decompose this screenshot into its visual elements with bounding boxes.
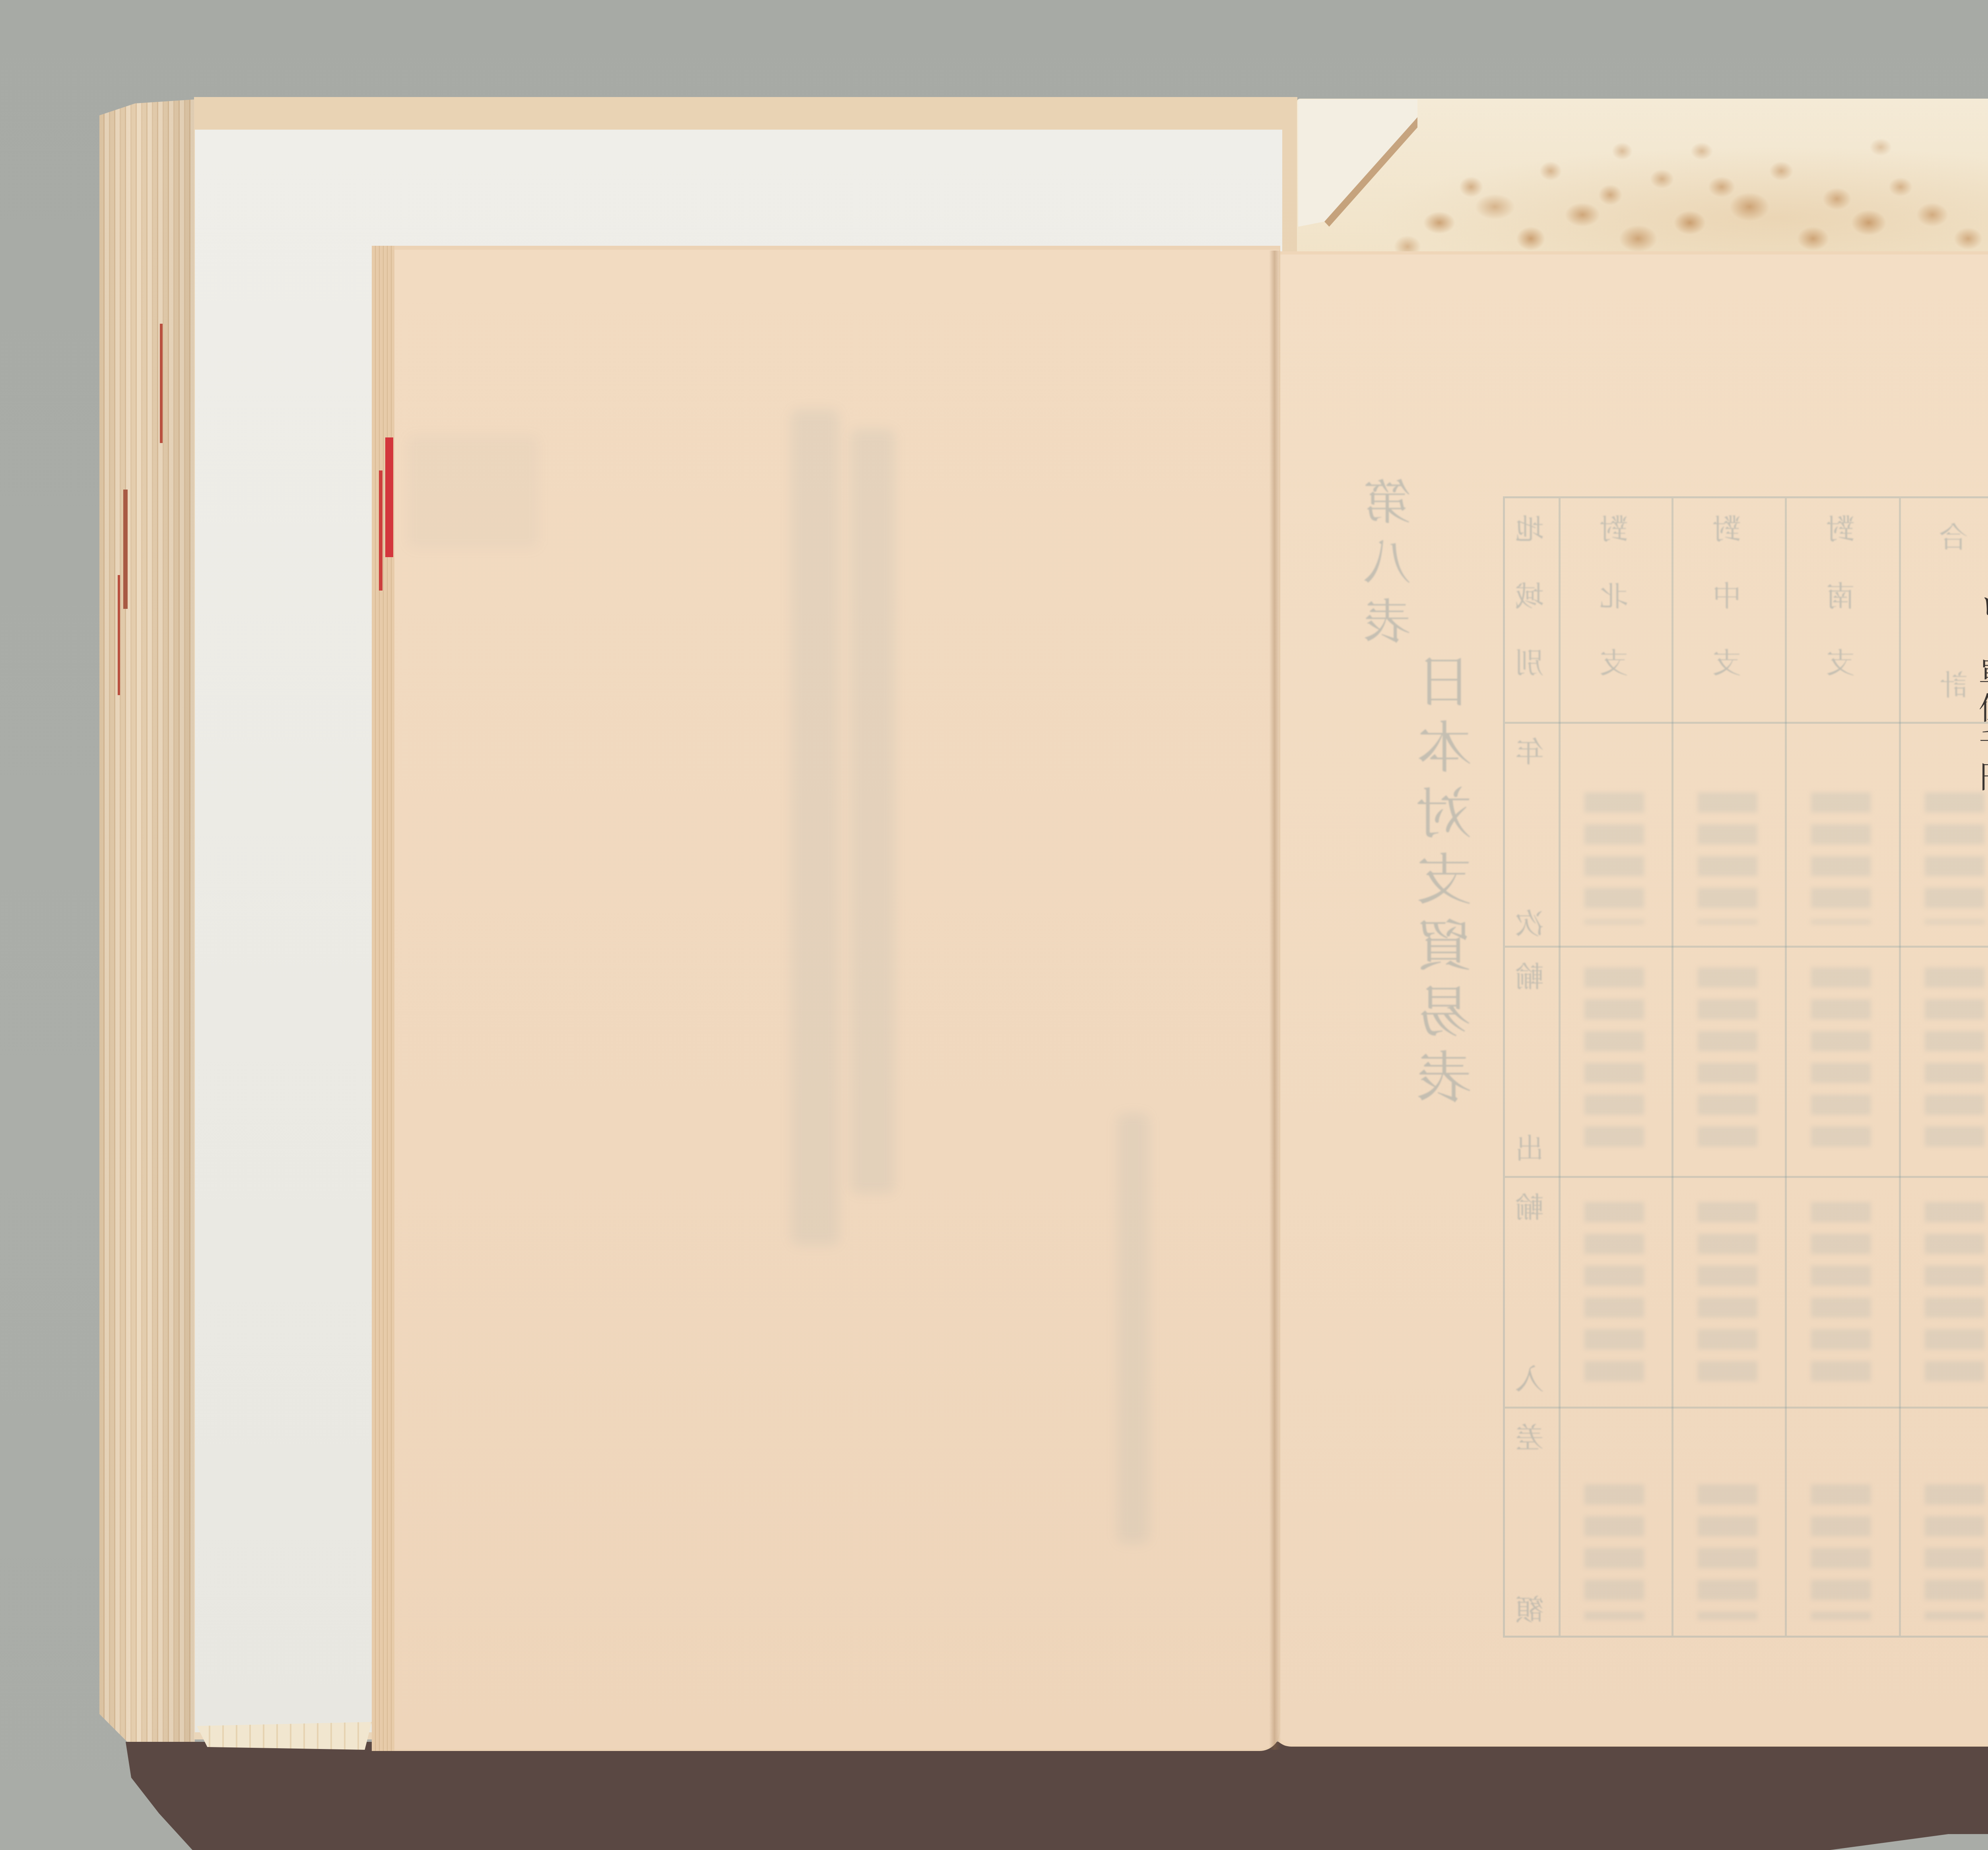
illegible-numerals [1698,968,1757,1158]
illegible-numerals [1925,1485,1984,1620]
red-edge-marker [379,470,382,591]
red-edge-marker [385,437,393,557]
red-edge-marker [123,490,128,609]
table-column-header: 對南支 [1829,514,1857,715]
table-row-divider [1505,1176,1988,1178]
illegible-numerals [1584,968,1644,1158]
illegible-numerals [1925,968,1984,1158]
table-column-header: 對中支 [1715,514,1743,715]
table-column-divider [1899,498,1901,1636]
illegible-numerals [1698,1202,1757,1393]
table-row-divider [1505,1407,1988,1409]
faint-show-through-text [791,410,839,1245]
table-row-divider [1505,946,1988,948]
illegible-numerals [1584,1485,1644,1620]
table-column-header: 合計 [1941,522,1970,818]
table-row-divider [1505,722,1988,724]
show-through-table: 地域別 對北支 對中支 對南支 合計 年次 輸出 輸入 差額 [1503,496,1988,1638]
red-edge-marker [160,324,163,443]
illegible-numerals [1925,1202,1984,1393]
note-unit: ロ、單位千円、 [1976,589,1988,829]
left-page-edges [99,99,195,1742]
book-gutter [1269,251,1281,1750]
white-sheet-crumpled-bottom [197,1722,372,1750]
table-column-divider [1785,498,1787,1636]
illegible-numerals [1811,1202,1871,1393]
table-column-divider [1559,498,1561,1636]
illegible-numerals [1698,1485,1757,1620]
illegible-numerals [1811,968,1871,1158]
faint-show-through-text [1117,1113,1149,1543]
table-row-label: 差額 [1518,1423,1546,1766]
illegible-numerals [1811,793,1871,924]
photo-canvas: 第八表 日本対支貿易表 地域別 對北支 對中支 對南支 合計 年次 輸出 輸入 … [0,0,1988,1850]
red-edge-marker [118,575,120,695]
table-column-divider [1672,498,1673,1636]
illegible-numerals [1698,793,1757,924]
faint-rectangle-mark [408,435,539,549]
table-column-header: 對北支 [1602,514,1631,715]
illegible-numerals [1811,1485,1871,1620]
illegible-numerals [1584,1202,1644,1393]
show-through-table-number: 第八表 [1368,477,1415,656]
illegible-numerals [1584,793,1644,924]
table-column-header: 地域別 [1518,514,1546,715]
faint-show-through-text [851,429,895,1193]
show-through-title: 日本対支貿易表 [1421,652,1477,1114]
